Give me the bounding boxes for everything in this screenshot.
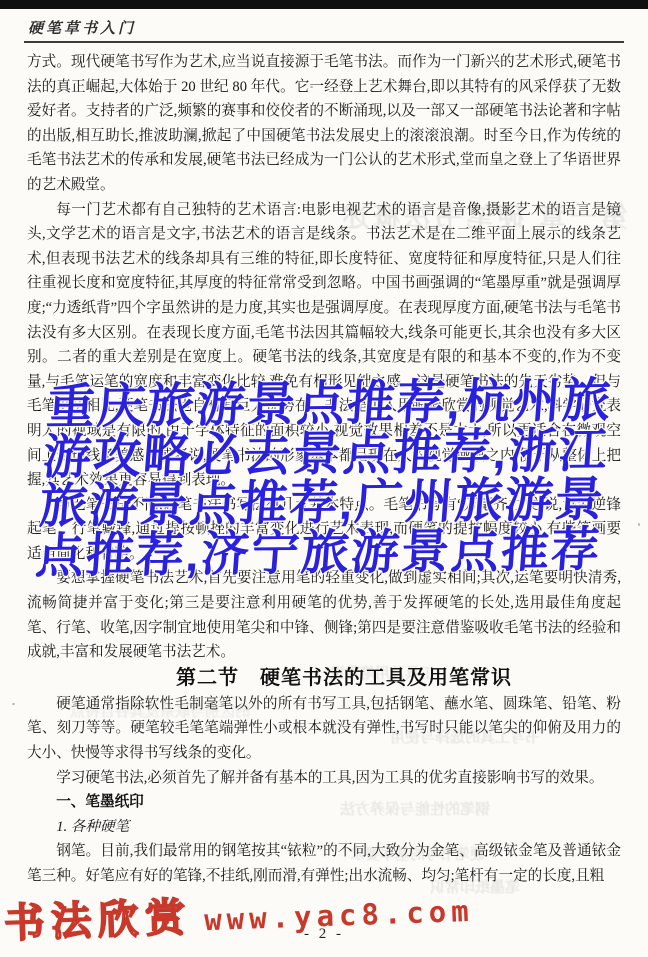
- running-head-title: 硬笔草书入门: [28, 17, 136, 38]
- blue-text-watermark: 重庆旅游景点推荐,杭州旅 游攻略必去景点推荐,浙江 旅游景点推荐,广州旅游景 点…: [0, 376, 648, 582]
- scanned-book-page: 硬笔草书入门 第一章 硬笔书法概述 工具及用笔常识 的区别与联系及其各自特点 书…: [0, 0, 648, 957]
- watermark-line: 点推荐,济宁旅游景点推荐: [0, 525, 644, 582]
- scan-speck: [310, 86, 313, 88]
- paragraph-1: 方式。现代硬笔书写作为艺术,应当说直接源于毛笔书法。而作为一门新兴的艺术形式,硬…: [27, 50, 621, 198]
- list-heading: 一、笔墨纸印: [27, 790, 621, 815]
- paragraph-5: 硬笔通常指除软性毛制毫笔以外的所有书写工具,包括钢笔、蘸水笔、圆珠笔、铅笔、粉笔…: [27, 692, 621, 766]
- header-rule: [24, 41, 624, 43]
- scan-speck: [12, 703, 15, 705]
- scan-speck: [604, 152, 606, 154]
- paragraph-6: 学习硬笔书法,必须首先了解并备有基本的工具,因为工具的优劣直接影响书写的效果。: [27, 766, 621, 791]
- section-heading: 第二节 硬笔书法的工具及用笔常识: [27, 665, 621, 692]
- scan-speck: [638, 523, 640, 526]
- scan-speck: [617, 300, 619, 302]
- list-subheading: 1. 各种硬笔: [27, 815, 621, 840]
- scan-black-edge: [0, 0, 648, 9]
- page-number: - 2 -: [0, 926, 648, 943]
